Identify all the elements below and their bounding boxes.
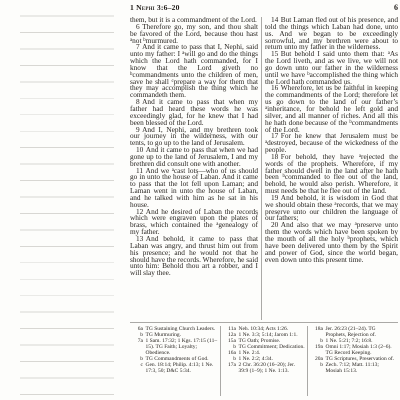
scripture-page: 1 Nephi 3:6–20 6 them, but it is a comma… <box>0 0 400 400</box>
verse-text: And I, Nephi, and my brethren took our j… <box>130 125 258 148</box>
verse-text: For he knew that Jerusalem must be adest… <box>265 131 398 154</box>
footnote-text: Omni 1:17; Mosiah 1:3 (2–6). TG Record K… <box>326 344 397 356</box>
verse: 19And behold, it is wisdom in God that w… <box>265 195 398 222</box>
footnote-entry: 18aJer. 26:23 (21–24). TG Prophets, Reje… <box>310 326 396 338</box>
verse-text: And it came to pass that I, Nephi, said … <box>130 42 258 99</box>
verse: 14But Laman fled out of his presence, an… <box>265 17 398 51</box>
verse: 6Therefore go, my son, and thou shalt be… <box>130 24 258 45</box>
text-area: 1 Nephi 3:6–20 6 them, but it is a comma… <box>130 3 398 396</box>
verse: 7And it came to pass that I, Nephi, said… <box>130 44 258 99</box>
verse-text: And it came to pass that when we had gon… <box>130 145 258 168</box>
verse-text: And we acast lots—who of us should go in… <box>130 166 258 209</box>
verse: 17For he knew that Jerusalem must be ade… <box>265 133 398 154</box>
footnote-label: 17a <box>223 362 236 374</box>
verse: 20And also that we may apreserve unto th… <box>265 222 398 263</box>
verse-text: But Laman fled out of his presence, and … <box>265 17 398 51</box>
footnote-column-3: 18aJer. 26:23 (21–24). TG Prophets, Reje… <box>310 326 396 396</box>
right-text-column: 14But Laman fled out of his presence, an… <box>265 17 398 320</box>
footnote-entry: cGen. 18:14; Philip. 4:13; 1 Ne. 17:3, 5… <box>130 362 218 374</box>
column-divider <box>261 17 262 320</box>
left-text-column: them, but it is a commandment of the Lor… <box>130 17 258 320</box>
footnote-divider <box>220 326 221 396</box>
verse-text: And behold, it is wisdom in God that we … <box>265 193 398 223</box>
footnote-label: c <box>130 362 143 374</box>
footnote-text: Jer. 26:23 (21–24). TG Prophets, Rejecti… <box>326 326 397 338</box>
verse: 9And I, Nephi, and my brethren took our … <box>130 127 258 148</box>
page-number: 6 <box>394 3 398 12</box>
footnote-label: 19a <box>310 344 323 356</box>
footnote-text: 1 Sam. 17:32; 1 Kgs. 17:15 (11–15). TG F… <box>146 338 219 356</box>
verse: 8And it came to pass that when my father… <box>130 99 258 126</box>
verse-text: But behold I said unto them that: aAs th… <box>265 49 398 85</box>
footnote-text: Zech. 7:12; Matt. 11:13; Mosiah 15:13. <box>326 362 397 374</box>
verse: 18For behold, they have arejected the wo… <box>265 154 398 195</box>
verse: 12And he desired of Laban the records wh… <box>130 209 258 236</box>
chapter-range-heading: 1 Nephi 3:6–20 <box>130 3 180 12</box>
footnote-text: 2 Chr. 36:20 (16–20); Jer. 39:9 (1–9); 1… <box>239 362 306 374</box>
footnote-label: b <box>310 362 323 374</box>
footnote-text: Gen. 18:14; Philip. 4:13; 1 Ne. 17:3, 50… <box>146 362 219 374</box>
verse: 15But behold I said unto them that: aAs … <box>265 51 398 85</box>
verse: 10And it came to pass that when we had g… <box>130 147 258 168</box>
verse-text: And he desired of Laban the records whic… <box>130 207 258 237</box>
footnote-label: 18a <box>310 326 323 338</box>
footnote-divider <box>307 326 308 396</box>
verse: 11And we acast lots—who of us should go … <box>130 168 258 209</box>
verse-text: And it came to pass that when my father … <box>130 97 258 127</box>
footnote-label: 7a <box>130 338 143 356</box>
verse-text: Therefore go, my son, and thou shalt be … <box>130 22 258 45</box>
footnote-column-1: 6aTG Sustaining Church Leaders. bTG Murm… <box>130 326 218 396</box>
footnote-entry: bZech. 7:12; Matt. 11:13; Mosiah 15:13. <box>310 362 396 374</box>
verse: 16Wherefore, let us be faithful in keepi… <box>265 85 398 133</box>
footnote-column-2: 11aNeh. 10:34; Acts 1:26. 12a1 Ne. 3:3; … <box>223 326 305 396</box>
footnote-entry: 17a2 Chr. 36:20 (16–20); Jer. 39:9 (1–9)… <box>223 362 305 374</box>
verse-text: Wherefore, let us be faithful in keeping… <box>265 83 398 133</box>
verse: 13And behold, it came to pass that Laban… <box>130 236 258 277</box>
margin-note-lines <box>20 0 114 397</box>
running-head: 1 Nephi 3:6–20 6 <box>130 3 398 14</box>
footnote-entry: 19aOmni 1:17; Mosiah 1:3 (2–6). TG Recor… <box>310 344 396 356</box>
footnotes-section: 6aTG Sustaining Church Leaders. bTG Murm… <box>130 323 398 396</box>
verse-text: And behold, it came to pass that Laban w… <box>130 234 258 277</box>
verse-text: And also that we may apreserve unto them… <box>265 220 398 263</box>
footnote-entry: 7a1 Sam. 17:32; 1 Kgs. 17:15 (11–15). TG… <box>130 338 218 356</box>
scripture-body: them, but it is a commandment of the Lor… <box>130 17 398 320</box>
verse-text: For behold, they have arejected the word… <box>265 152 398 195</box>
